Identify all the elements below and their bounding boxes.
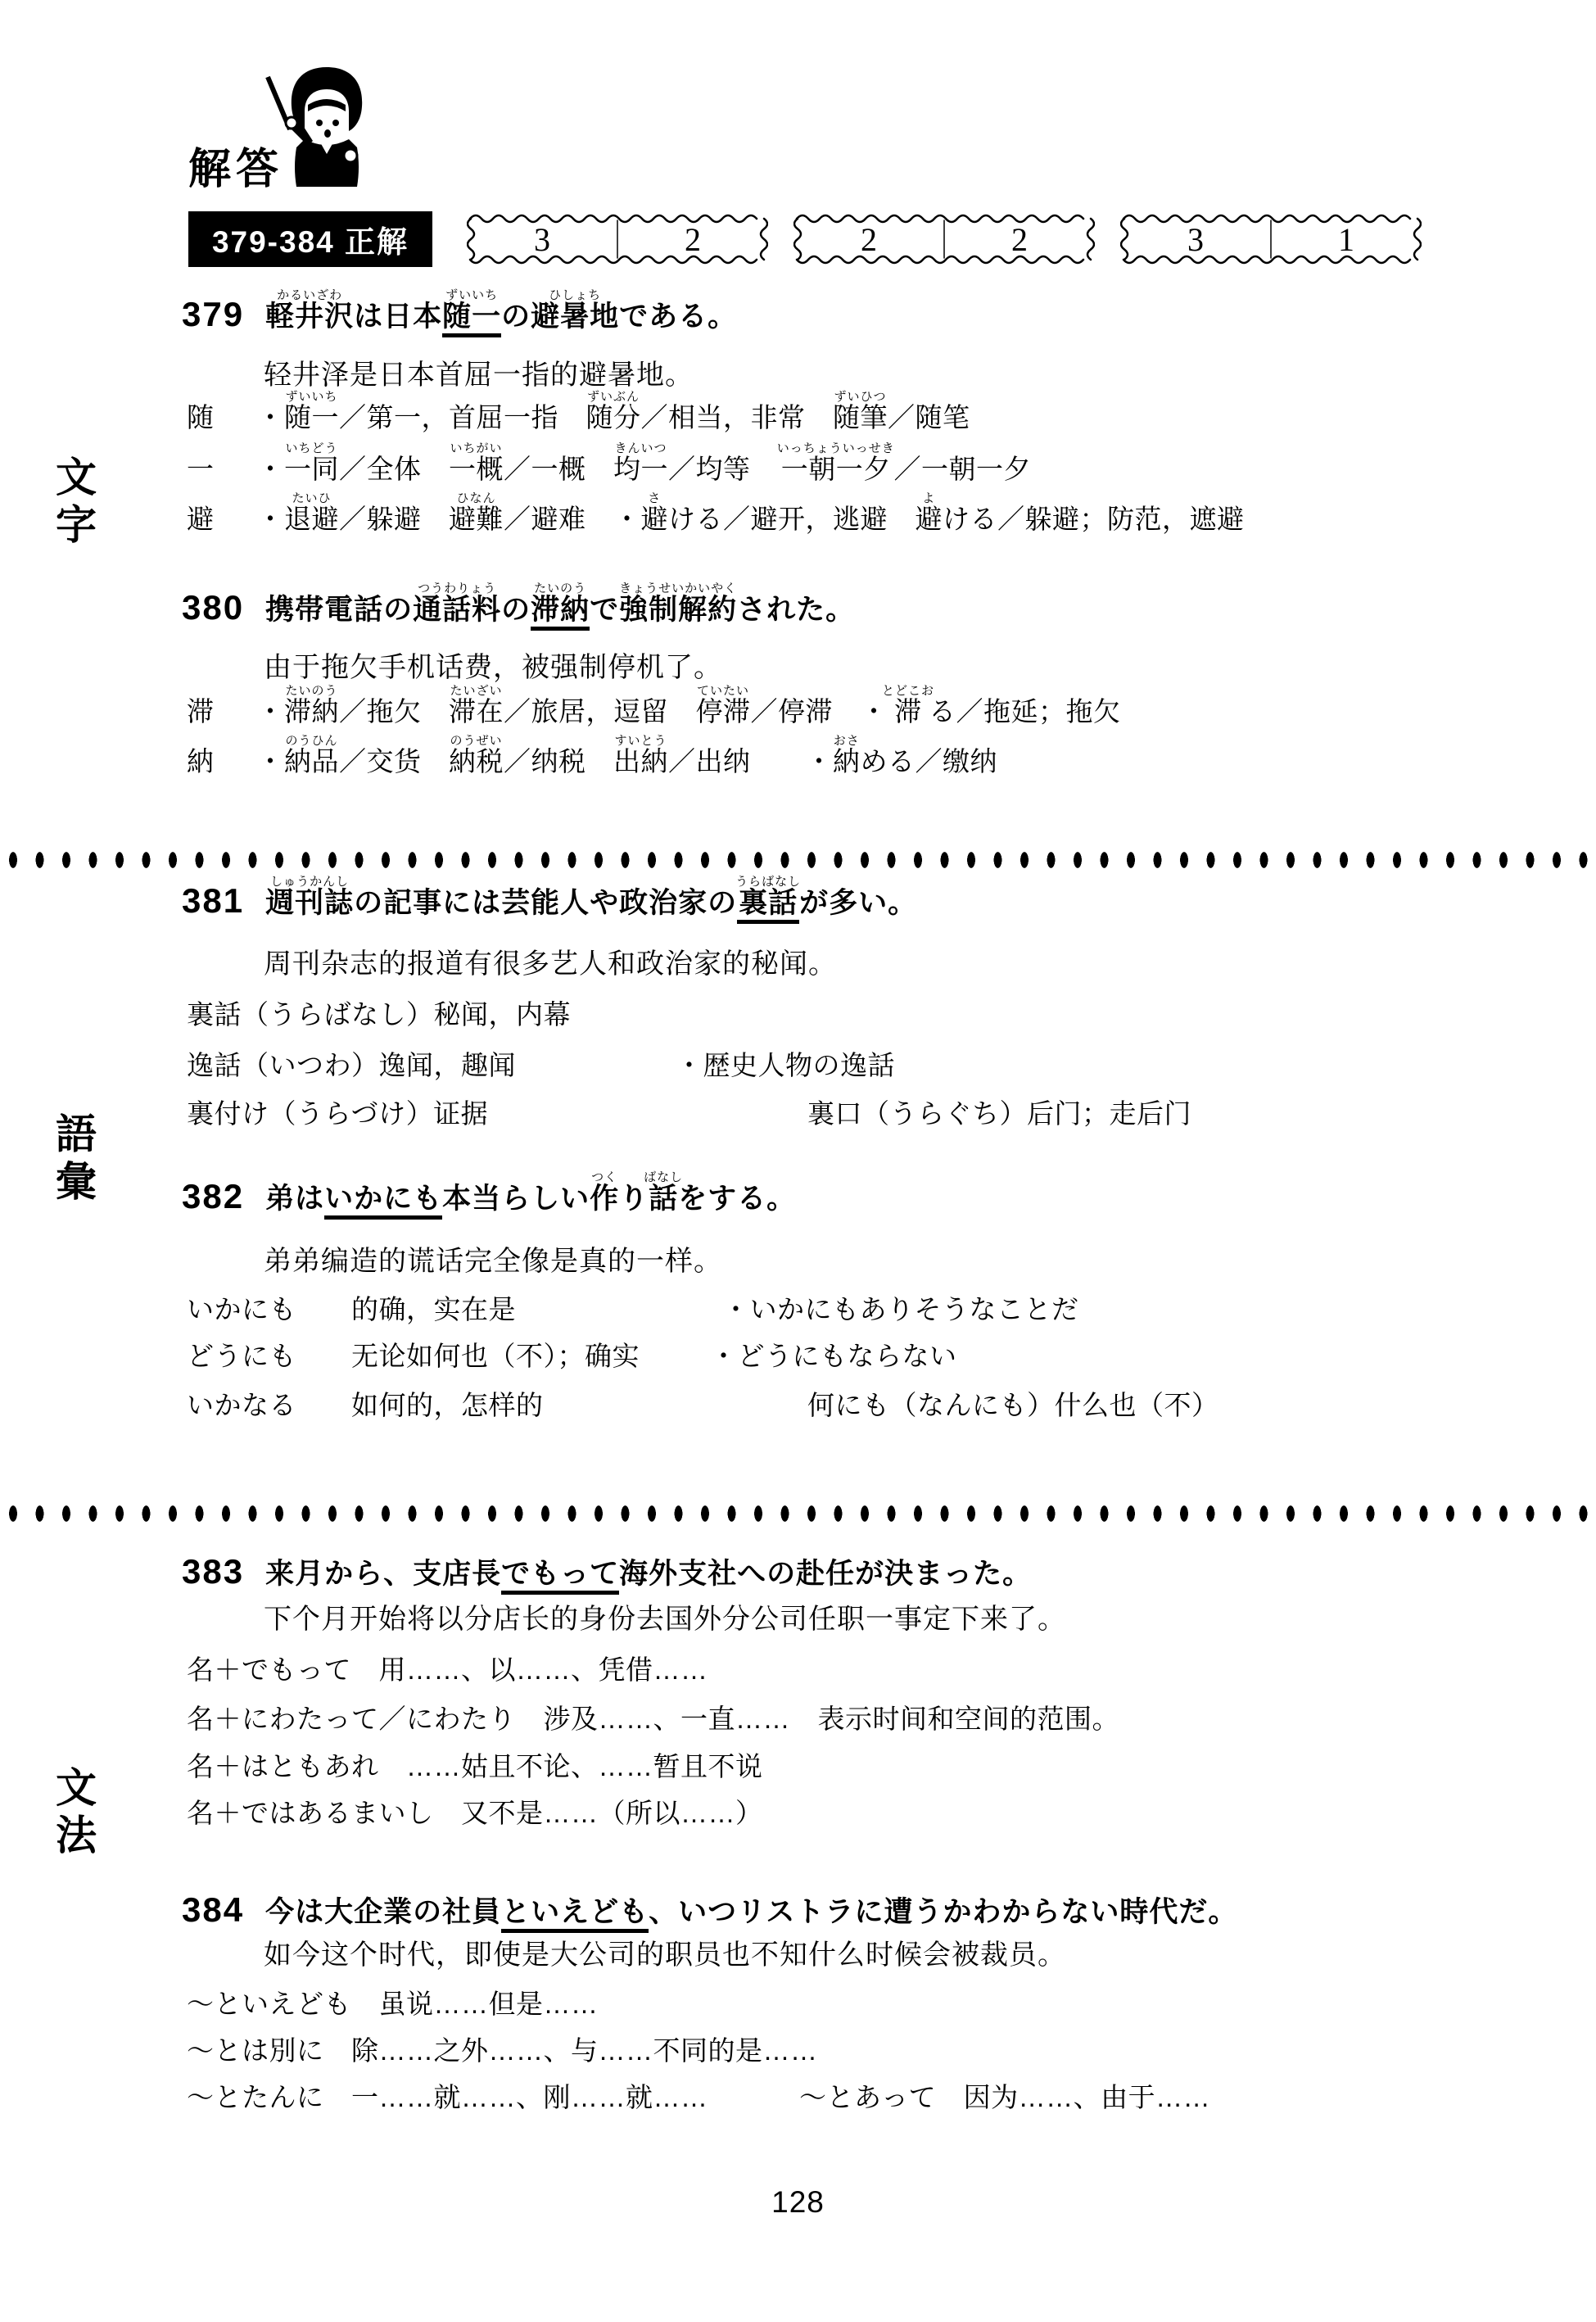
margin-tab-bunpo: 文法 (44, 1766, 95, 1861)
grammar-row: 名＋にわたって／にわたり 涉及……、一直…… 表示时间和空间的范围。 (187, 1704, 1579, 1736)
question-sentence: 383来月から、支店長でもって海外支社への赴任が決まった。 (182, 1551, 1032, 1592)
vocab-example: 何にも（なんにも）什么也（不） (807, 1390, 1219, 1422)
vocab-items: ・納品のうひん／交货 納税のうぜい／纳税 出納すいとう／出纳 ・納おさめる／缴纳 (257, 746, 998, 776)
kanji-key: 随 (187, 402, 215, 434)
grammar-row: ～とは別に 除……之外……、与……不同的是…… (187, 2035, 1579, 2067)
question-number: 381 (182, 881, 244, 920)
question-sentence: 384今は大企業の社員といえども、いつリストラに遭うかわからない時代だ。 (182, 1890, 1237, 1930)
sentence-text: 弟はいかにも本当らしい作つくり話ばなしをする。 (265, 1183, 796, 1220)
teacher-girl-illustration (265, 64, 373, 190)
vocab-example: ・どうにもならない (710, 1341, 957, 1373)
answer-box-379-380: 3 2 (467, 211, 768, 267)
vocab-row: どうにも 无论如何也（不）；确实 ・どうにもならない (187, 1341, 1579, 1373)
grammar-row: 名＋でもって 用……、以……、凭借…… (187, 1654, 1579, 1686)
answer-384: 1 (1271, 211, 1422, 267)
vocab-row: 裏話（うらばなし）秘闻，内幕 (187, 999, 1579, 1031)
question-sentence: 381週刊誌しゅうかんしの記事には芸能人や政治家の裏話うらばなしが多い。 (182, 875, 917, 921)
grammar-row: 名＋ではあるまいし 又不是……（所以……） (187, 1798, 1579, 1830)
grammar-pattern: ～とたんに 一……就……、刚……就…… (187, 2082, 708, 2112)
vocab-example: ・いかにもありそうなことだ (722, 1294, 1079, 1326)
vocab-row: いかにも 的确，实在是 ・いかにもありそうなことだ (187, 1294, 1579, 1326)
answer-383: 3 (1120, 211, 1271, 267)
grammar-row: ～とたんに 一……就……、刚……就…… ～とあって 因为……、由于…… (187, 2082, 1579, 2114)
question-number: 380 (182, 588, 244, 627)
grammar-pattern: ～といえども 虽说……但是…… (187, 1989, 599, 2019)
question-number: 383 (182, 1552, 244, 1591)
sentence-text: 今は大企業の社員といえども、いつリストラに遭うかわからない時代だ。 (265, 1896, 1237, 1933)
margin-tab-moji: 文字 (44, 455, 95, 550)
question-number: 379 (182, 295, 244, 333)
vocab-row: 裏付け（うらづけ）证据 裏口（うらぐち）后门；走后门 (187, 1098, 1579, 1130)
vocab-items: ・随一ずいいち／第一，首屈一指 随分ずいぶん／相当，非常 随筆ずいひつ／随笔 (257, 402, 970, 432)
question-sentence: 380携帯電話の通話料つうわりょうの滞納たいのうで強制解約きょうせいかいやくされ… (182, 582, 855, 628)
grammar-row: ～といえども 虽说……但是…… (187, 1989, 1579, 2021)
grammar-pattern: 名＋ではあるまいし 又不是……（所以……） (187, 1798, 763, 1828)
vocab-items: どうにも 无论如何也（不）；确实 (187, 1341, 640, 1371)
hand (286, 117, 297, 129)
chinese-translation: 由于拖欠手机话费，被强制停机了。 (264, 651, 722, 684)
vocab-items: ・一同いちどう／全体 一概いちがい／一概 均一きんいつ／均等 一朝一夕いっちょう… (257, 454, 1032, 484)
vocab-row: 逸話（いつわ）逸闻，趣闻 ・歴史人物の逸話 (187, 1050, 1579, 1082)
answer-381: 2 (793, 211, 944, 267)
grammar-pattern: ～とは別に 除……之外……、与……不同的是…… (187, 2035, 818, 2066)
kanji-key: 避 (187, 504, 215, 536)
vocab-example: ・歴史人物の逸話 (676, 1050, 895, 1082)
vocab-items: 逸話（いつわ）逸闻，趣闻 (187, 1050, 516, 1080)
sentence-text: 来月から、支店長でもって海外支社への赴任が決まった。 (265, 1558, 1032, 1595)
answer-box-381-382: 2 2 (793, 211, 1095, 267)
dotted-separator (0, 1504, 1596, 1523)
vocab-row: 滞・滞納たいのう／拖欠 滞在たいざい／旅居，逗留 停滞ていたい／停滞 ・滞とどこ… (187, 684, 1579, 728)
chinese-translation: 轻井泽是日本首屈一指的避暑地。 (264, 359, 694, 392)
vocab-items: いかなる 如何的，怎样的 (187, 1390, 544, 1420)
sentence-text: 携帯電話の通話料つうわりょうの滞納たいのうで強制解約きょうせいかいやくされた。 (265, 594, 855, 631)
book-page: 解答 379-384 正解 3 2 2 (0, 0, 1596, 2322)
kanji-key: 納 (187, 746, 215, 778)
vocab-items: 裏付け（うらづけ）证据 (187, 1098, 488, 1129)
mouth (324, 129, 331, 138)
sentence-text: 軽井沢かるいざわは日本随一ずいいちの避暑地ひしょちである。 (265, 301, 737, 337)
vocab-items: ・退避たいひ／躲避 避難ひなん／避难 ・避さける／避开，逃避 避よける／躲避；防… (257, 504, 1245, 534)
vocab-row: 一・一同いちどう／全体 一概いちがい／一概 均一きんいつ／均等 一朝一夕いっちょ… (187, 441, 1579, 486)
chinese-translation: 周刊杂志的报道有很多艺人和政治家的秘闻。 (264, 948, 837, 980)
sentence-text: 週刊誌しゅうかんしの記事には芸能人や政治家の裏話うらばなしが多い。 (265, 887, 917, 924)
margin-tab-goi: 語彙 (44, 1112, 95, 1207)
kanji-key: 滞 (187, 696, 215, 728)
grammar-pattern: 名＋はともあれ ……姑且不论、……暂且不说 (187, 1751, 763, 1781)
vocab-row: 避・退避たいひ／躲避 避難ひなん／避难 ・避さける／避开，逃避 避よける／躲避；… (187, 491, 1579, 536)
answer-382: 2 (944, 211, 1095, 267)
vocab-items: いかにも 的确，实在是 (187, 1294, 516, 1324)
question-sentence: 379軽井沢かるいざわは日本随一ずいいちの避暑地ひしょちである。 (182, 288, 737, 335)
grammar-pattern: 名＋にわたって／にわたり 涉及……、一直…… 表示时间和空间的范围。 (187, 1704, 1119, 1734)
grammar-pattern-2: ～とあって 因为……、由于…… (799, 2082, 1210, 2114)
chinese-translation: 下个月开始将以分店长的身份去国外分公司任职一事定下来了。 (264, 1603, 1066, 1636)
answer-380: 2 (617, 211, 768, 267)
question-number: 384 (182, 1890, 244, 1929)
chinese-translation: 如今这个时代，即使是大公司的职员也不知什么时候会被裁员。 (264, 1939, 1066, 1971)
vocab-items: 裏話（うらばなし）秘闻，内幕 (187, 999, 571, 1030)
vocab-row: 随・随一ずいいち／第一，首屈一指 随分ずいぶん／相当，非常 随筆ずいひつ／随笔 (187, 390, 1579, 434)
chinese-translation: 弟弟编造的谎话完全像是真的一样。 (264, 1245, 722, 1278)
page-number: 128 (0, 2185, 1596, 2220)
grammar-pattern: 名＋でもって 用……、以……、凭借…… (187, 1654, 708, 1685)
answer-key-label: 379-384 正解 (188, 211, 432, 267)
hand (344, 149, 357, 162)
vocab-items: ・滞納たいのう／拖欠 滞在たいざい／旅居，逗留 停滞ていたい／停滞 ・滞とどこお… (257, 696, 1121, 726)
kanji-key: 一 (187, 454, 215, 486)
dotted-separator (0, 850, 1596, 870)
vocab-example: 裏口（うらぐち）后门；走后门 (807, 1098, 1191, 1130)
question-number: 382 (182, 1177, 244, 1215)
answer-379: 3 (467, 211, 617, 267)
question-sentence: 382弟はいかにも本当らしい作つくり話ばなしをする。 (182, 1170, 796, 1217)
grammar-row: 名＋はともあれ ……姑且不论、……暂且不说 (187, 1751, 1579, 1783)
answer-box-383-384: 3 1 (1120, 211, 1422, 267)
vocab-row: 納・納品のうひん／交货 納税のうぜい／纳税 出納すいとう／出纳 ・納おさめる／缴… (187, 734, 1579, 778)
vocab-row: いかなる 如何的，怎样的 何にも（なんにも）什么也（不） (187, 1390, 1579, 1422)
